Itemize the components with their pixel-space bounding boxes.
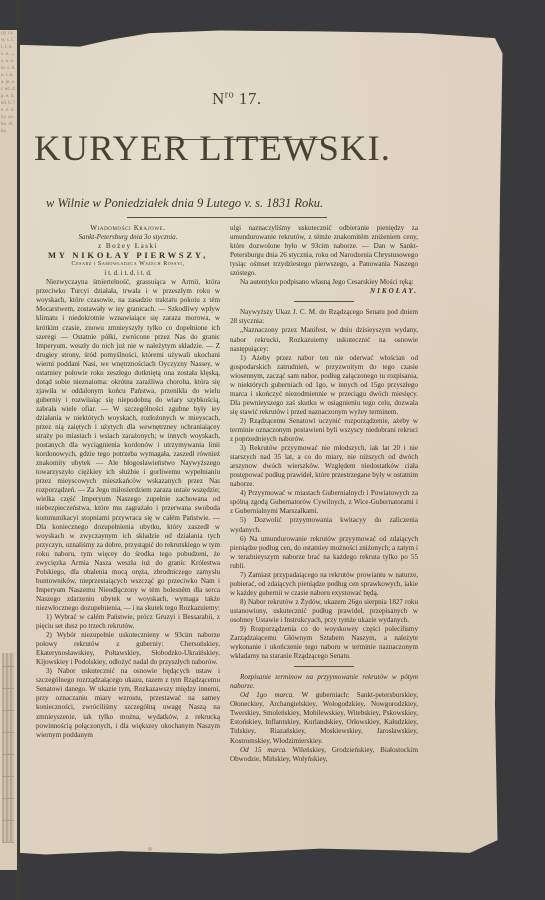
sovereign-name: MY NIKOŁAY PIERWSZY, xyxy=(36,251,220,260)
ukaz-item: 9) Rozporządzenia co do woyskowey części… xyxy=(230,625,418,661)
paper-stain xyxy=(148,847,152,851)
section-divider xyxy=(294,301,354,302)
ukaz-item: 7) Zamiast przypadaiącego na rekrutów pr… xyxy=(230,571,418,598)
schedule-entry: Od 1go marca. W guberniach: Sankt-peters… xyxy=(230,691,418,745)
issue-number: Nro 17. xyxy=(212,89,292,109)
newspaper-title: KURYER LITEWSKI. xyxy=(34,127,473,169)
ukaz-item: 8) Nabor rekrutów z Żydów, ukazem 26go s… xyxy=(230,598,418,625)
schedule-date: Od 15 marca. xyxy=(240,746,287,754)
ukaz-item: 5) Dozwolić przyymowania kwitacyy do zal… xyxy=(230,516,418,534)
etc-line: i t. d. i t. d. i t. d. xyxy=(36,269,220,278)
issue-number-sup: ro xyxy=(225,89,234,100)
ukaz-item: 4) Przyymować w miastach Gubernialnych i… xyxy=(230,489,418,516)
issue-number-prefix: N xyxy=(212,89,225,108)
authentic-note: Na autentyku podpisano własną Jego Cesar… xyxy=(230,278,418,287)
manifest-item: 3) Nabor uskutecznić na osnowie będących… xyxy=(36,667,220,739)
binding-edge xyxy=(17,0,20,900)
newspaper-page: Nro 17. KURYER LITEWSKI. w Wilnie w Poni… xyxy=(20,28,520,874)
schedule-heading: Rozpisanie terminow na przyymowanie rekr… xyxy=(230,673,418,691)
ukaz-intro: „Naznaczony przez Manifest, w dniu dzisi… xyxy=(230,326,418,353)
schedule-entry: Od 15 marca. Wileńskiey, Grodzieńskiey, … xyxy=(230,746,418,764)
ukaz-item: 6) Na umundurowanie rekrutów przyymować … xyxy=(230,535,418,571)
adjacent-page-text: rjy i s. w. s. l. i. t. n. s. n. ... s. … xyxy=(1,30,16,135)
dateline: w Wilnie w Poniedziałek dnia 9 Lutego v.… xyxy=(46,196,446,211)
masthead-rule-bottom xyxy=(127,217,327,218)
section-heading: Wiadomości Krajowe. xyxy=(36,224,220,233)
left-column: Wiadomości Krajowe. Sankt-Petersburg dni… xyxy=(36,224,220,740)
section-divider xyxy=(294,666,354,667)
schedule-date: Od 1go marca. xyxy=(240,691,294,699)
sovereign-titles: Cesarz i Samowładzca Wszech Rossyi, xyxy=(36,260,220,269)
adjacent-page-ornament xyxy=(2,653,14,843)
manifest-item: 2) Wybór niezupełnie uskutecznieny w 93c… xyxy=(36,631,220,667)
manifest-item: 1) Wybrać w całém Państwie, prócz Gruzyi… xyxy=(36,613,220,631)
manifest-paragraph: Niezwyczayna śmiertelność, grassuiąca w … xyxy=(36,278,220,613)
adjacent-page-strip: rjy i s. w. s. l. i. t. n. s. n. ... s. … xyxy=(0,30,17,870)
manifest-continuation: ulgi naznaczyliśmy uskutecznić odbierani… xyxy=(230,224,418,278)
right-column: ulgi naznaczyliśmy uskutecznić odbierani… xyxy=(230,224,418,764)
place-date: Sankt-Petersburg dnia 3o stycznia. xyxy=(36,233,220,242)
signature: NIKOŁAY. xyxy=(230,287,418,296)
ukaz-item: 2) Rządzącemu Senatowi uczynić rozporząd… xyxy=(230,417,418,444)
ukaz-item: 1) Ażeby przez nabor ten nie oderwać wło… xyxy=(230,354,418,417)
ukaz-heading: Naywyższy Ukaz J. C. M. do Rządzącego Se… xyxy=(230,308,418,326)
issue-number-value: 17. xyxy=(239,89,262,108)
ukaz-item: 3) Rekrutów przyymować nie młodszych, ia… xyxy=(230,444,418,489)
